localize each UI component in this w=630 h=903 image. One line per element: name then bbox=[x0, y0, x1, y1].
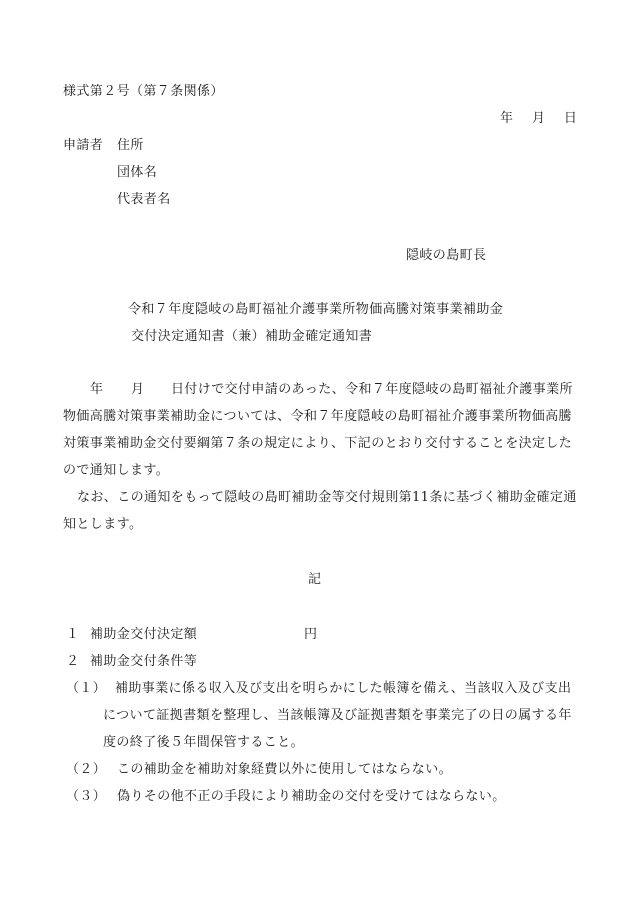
item-1-label: 補助金交付決定額 bbox=[90, 627, 197, 643]
item-2-label: 補助金交付条件等 bbox=[90, 654, 197, 670]
item-1-unit: 円 bbox=[304, 627, 317, 643]
condition-1-line2: について証拠書類を整理し、当該帳簿及び証拠書類を事業完了の日の属する年 bbox=[103, 708, 572, 724]
body-p2-line1: なお、この通知をもって隠岐の島町補助金等交付規則第11条に基づく補助金確定通 bbox=[77, 490, 577, 506]
body-p2-line2: 知とします。 bbox=[63, 517, 142, 533]
date-year: 年 bbox=[500, 111, 513, 127]
condition-3-line1: 偽りその他不正の手段により補助金の交付を受けてはならない。 bbox=[117, 789, 506, 805]
body-p1-line1: 日付けで交付申請のあった、令和７年度隠岐の島町福祉介護事業所 bbox=[171, 382, 573, 398]
document-title-line1: 令和７年度隠岐の島町福祉介護事業所物価高騰対策事業補助金 bbox=[128, 302, 503, 318]
date-day: 日 bbox=[564, 111, 577, 127]
item-2-number: ２ bbox=[66, 654, 79, 670]
condition-1-number: （１） bbox=[66, 681, 106, 697]
issuer-name: 隠岐の島町長 bbox=[406, 248, 486, 264]
condition-2-line1: この補助金を補助対象経費以外に使用してはならない。 bbox=[117, 762, 452, 778]
applicant-address-label: 住所 bbox=[117, 138, 144, 154]
condition-1-line3: 度の終了後５年間保管すること。 bbox=[103, 735, 304, 751]
condition-1-line1: 補助事業に係る収入及び支出を明らかにした帳簿を備え、当該収入及び支出 bbox=[115, 681, 571, 697]
body-p1-line2: 物価高騰対策事業補助金については、令和７年度隠岐の島町福祉介護事業所物価高騰 bbox=[63, 409, 572, 425]
body-p1-line4: ので通知します。 bbox=[63, 463, 169, 479]
date-field: 年 月 日 bbox=[500, 111, 577, 127]
item-1-number: １ bbox=[66, 627, 79, 643]
body-p1-month: 月 bbox=[131, 382, 144, 398]
condition-2-number: （２） bbox=[66, 762, 106, 778]
date-month: 月 bbox=[532, 111, 545, 127]
applicant-organization-label: 団体名 bbox=[117, 165, 157, 181]
body-p1-line3: 対策事業補助金交付要綱第７条の規定により、下記のとおり交付することを決定した bbox=[63, 436, 572, 452]
body-p1-year: 年 bbox=[90, 382, 103, 398]
form-label: 様式第２号（第７条関係） bbox=[63, 84, 224, 100]
applicant-label: 申請者 bbox=[63, 138, 103, 154]
note-heading: 記 bbox=[308, 572, 321, 588]
applicant-representative-label: 代表者名 bbox=[117, 192, 171, 208]
condition-3-number: （３） bbox=[66, 789, 106, 805]
document-title-line2: 交付決定通知書（兼）補助金確定通知書 bbox=[131, 329, 372, 345]
